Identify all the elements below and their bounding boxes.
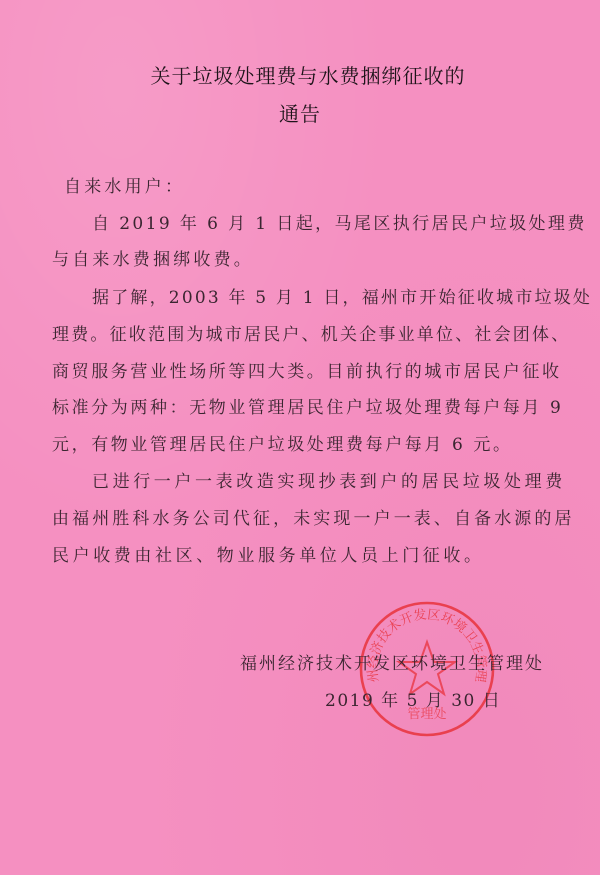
document-page: 关于垃圾处理费与水费捆绑征收的 通告 自来水用户： 自 2019 年 6 月 1… (0, 0, 600, 875)
paragraph-2-line-1: 据了解，2003 年 5 月 1 日，福州市开始征收城市垃圾处 (92, 283, 592, 308)
signature-organization: 福州经济技术开发区环境卫生管理处 (240, 649, 544, 674)
paragraph-2-line-2: 理费。征收范围为城市居民户、机关企事业单位、社会团体、 (52, 320, 570, 345)
salutation: 自来水用户： (64, 172, 185, 197)
document-title-line-1: 关于垃圾处理费与水费捆绑征收的 (8, 60, 600, 89)
paragraph-1-line-2: 与自来水费捆绑收费。 (52, 245, 254, 270)
paragraph-2-line-3: 商贸服务营业性场所等四大类。目前执行的城市居民户征收 (52, 357, 562, 382)
document-title-line-2: 通告 (0, 98, 600, 127)
paragraph-1-line-1: 自 2019 年 6 月 1 日起，马尾区执行居民户垃圾处理费 (92, 209, 587, 234)
paragraph-2-line-5: 元，有物业管理居民住户垃圾处理费每户每月 6 元。 (52, 430, 513, 455)
paragraph-3-line-3: 民户收费由社区、物业服务单位人员上门征收。 (52, 541, 485, 566)
paragraph-3-line-2: 由福州胜科水务公司代征，未实现一户一表、自备水源的居 (52, 504, 575, 529)
paragraph-2-line-4: 标准分为两种：无物业管理居民住户垃圾处理费每户每月 9 (52, 393, 563, 418)
paragraph-3-line-1: 已进行一户一表改造实现抄表到户的居民垃圾处理费 (92, 467, 566, 492)
signature-date: 2019 年 5 月 30 日 (325, 686, 501, 711)
